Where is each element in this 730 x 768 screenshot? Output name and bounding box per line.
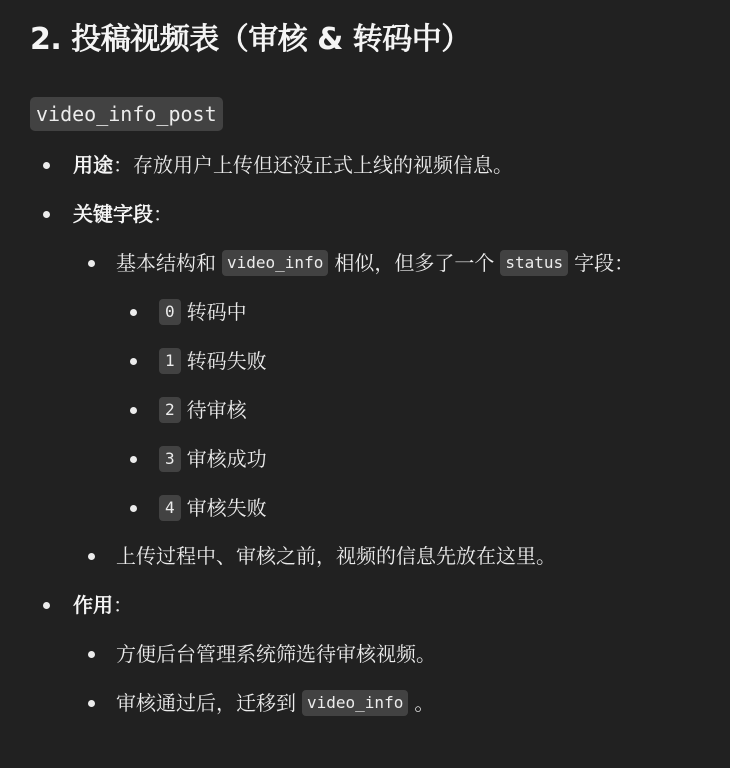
- document: 2. 投稿视频表（审核 & 转码中） video_info_post 用途：存放…: [0, 0, 730, 768]
- purpose-text: 存放用户上传但还没正式上线的视频信息。: [133, 151, 513, 179]
- bullet-icon: [88, 553, 95, 560]
- section-heading: 2. 投稿视频表（审核 & 转码中）: [30, 20, 471, 60]
- text: 上传过程中、审核之前，视频的信息先放在这里。: [116, 542, 556, 570]
- status-code: 0: [159, 299, 181, 325]
- status-text: 转码中: [187, 298, 247, 326]
- inline-code: status: [500, 250, 568, 276]
- bullet-icon: [88, 700, 95, 707]
- list-item-role: 作用：: [73, 591, 133, 619]
- bullet-icon: [43, 602, 50, 609]
- status-item: 4审核失败: [159, 494, 267, 522]
- text: 字段：: [574, 249, 634, 277]
- colon: ：: [113, 591, 133, 619]
- role-label: 作用: [73, 591, 113, 619]
- bullet-icon: [88, 651, 95, 658]
- bullet-icon: [130, 358, 137, 365]
- bullet-icon: [130, 456, 137, 463]
- text: 基本结构和: [116, 249, 216, 277]
- purpose-label: 用途: [73, 151, 113, 179]
- key-fields-label: 关键字段: [73, 200, 153, 228]
- list-item-purpose: 用途：存放用户上传但还没正式上线的视频信息。: [73, 151, 513, 179]
- text: 审核通过后，迁移到: [116, 689, 296, 717]
- bullet-icon: [130, 505, 137, 512]
- list-item-structure: 基本结构和video_info相似，但多了一个status字段：: [116, 249, 634, 277]
- status-code: 3: [159, 446, 181, 472]
- status-code: 2: [159, 397, 181, 423]
- status-item: 3审核成功: [159, 445, 267, 473]
- status-item: 0转码中: [159, 298, 247, 326]
- status-text: 待审核: [187, 396, 247, 424]
- bullet-icon: [43, 211, 50, 218]
- text: 相似，但多了一个: [334, 249, 494, 277]
- status-text: 审核失败: [187, 494, 267, 522]
- status-item: 1转码失败: [159, 347, 267, 375]
- status-item: 2待审核: [159, 396, 247, 424]
- status-text: 审核成功: [187, 445, 267, 473]
- list-item-key-fields: 关键字段：: [73, 200, 173, 228]
- status-code: 1: [159, 348, 181, 374]
- colon: ：: [113, 151, 133, 179]
- status-text: 转码失败: [187, 347, 267, 375]
- list-item-migrate: 审核通过后，迁移到video_info。: [116, 689, 434, 717]
- bullet-icon: [130, 407, 137, 414]
- inline-code: video_info: [302, 690, 408, 716]
- status-code: 4: [159, 495, 181, 521]
- table-name-code: video_info_post: [30, 97, 223, 131]
- list-item-note: 上传过程中、审核之前，视频的信息先放在这里。: [116, 542, 556, 570]
- bullet-icon: [43, 162, 50, 169]
- colon: ：: [153, 200, 173, 228]
- inline-code: video_info: [222, 250, 328, 276]
- bullet-icon: [130, 309, 137, 316]
- text: 方便后台管理系统筛选待审核视频。: [116, 640, 436, 668]
- list-item-filter: 方便后台管理系统筛选待审核视频。: [116, 640, 436, 668]
- bullet-icon: [88, 260, 95, 267]
- text: 。: [414, 689, 434, 717]
